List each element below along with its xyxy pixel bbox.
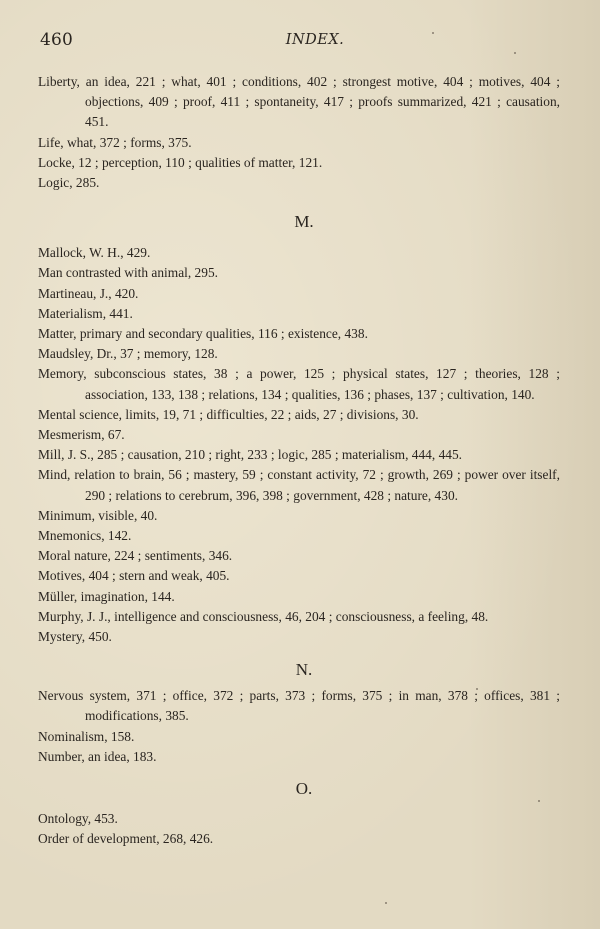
index-section-n: N. Nervous system, 371 ; office, 372 ; p… [38, 660, 560, 767]
index-entry: Mind, relation to brain, 56 ; mastery, 5… [38, 465, 560, 505]
index-entry: Murphy, J. J., intelligence and consciou… [38, 607, 560, 627]
index-entry: Mallock, W. H., 429. [38, 243, 560, 263]
section-heading: N. [38, 660, 560, 680]
paper-speck [220, 574, 222, 576]
index-entry: Logic, 285. [38, 173, 560, 193]
index-entry: Mystery, 450. [38, 627, 560, 647]
book-page: 460 INDEX. Liberty, an idea, 221 ; what,… [0, 0, 600, 929]
index-entry: Nominalism, 158. [38, 727, 560, 747]
index-entry: Motives, 404 ; stern and weak, 405. [38, 566, 560, 586]
index-entry: Moral nature, 224 ; sentiments, 346. [38, 546, 560, 566]
index-entry: Matter, primary and secondary qualities,… [38, 324, 560, 344]
running-head: 460 INDEX. [40, 30, 560, 52]
paper-speck [514, 52, 516, 54]
index-entry: Müller, imagination, 144. [38, 587, 560, 607]
index-entry: Nervous system, 371 ; office, 372 ; part… [38, 686, 560, 726]
index-entry: Maudsley, Dr., 37 ; memory, 128. [38, 344, 560, 364]
index-entry: Martineau, J., 420. [38, 284, 560, 304]
index-entry: Mental science, limits, 19, 71 ; difficu… [38, 405, 560, 425]
index-entry: Mnemonics, 142. [38, 526, 560, 546]
index-entry: Order of development, 268, 426. [38, 829, 560, 849]
index-entry: Materialism, 441. [38, 304, 560, 324]
paper-speck [538, 800, 540, 802]
index-section-m: M. Mallock, W. H., 429. Man contrasted w… [38, 212, 560, 647]
index-entry: Liberty, an idea, 221 ; what, 401 ; cond… [38, 72, 560, 133]
index-entry: Memory, subconscious states, 38 ; a powe… [38, 364, 560, 404]
running-title: INDEX. [40, 32, 560, 48]
index-entry: Mesmerism, 67. [38, 425, 560, 445]
paper-speck [476, 688, 478, 690]
index-entry: Ontology, 453. [38, 809, 560, 829]
index-entry: Mill, J. S., 285 ; causation, 210 ; righ… [38, 445, 560, 465]
index-entry: Number, an idea, 183. [38, 747, 560, 767]
index-entry: Life, what, 372 ; forms, 375. [38, 133, 560, 153]
index-body: Liberty, an idea, 221 ; what, 401 ; cond… [38, 72, 560, 850]
index-entry: Locke, 12 ; perception, 110 ; qualities … [38, 153, 560, 173]
paper-speck [432, 32, 434, 34]
section-heading: M. [38, 212, 560, 232]
index-section-o: O. Ontology, 453. Order of development, … [38, 779, 560, 849]
section-heading: O. [38, 779, 560, 799]
index-entry: Man contrasted with animal, 295. [38, 263, 560, 283]
index-section-l: Liberty, an idea, 221 ; what, 401 ; cond… [38, 72, 560, 193]
paper-speck [385, 902, 387, 904]
index-entry: Minimum, visible, 40. [38, 506, 560, 526]
